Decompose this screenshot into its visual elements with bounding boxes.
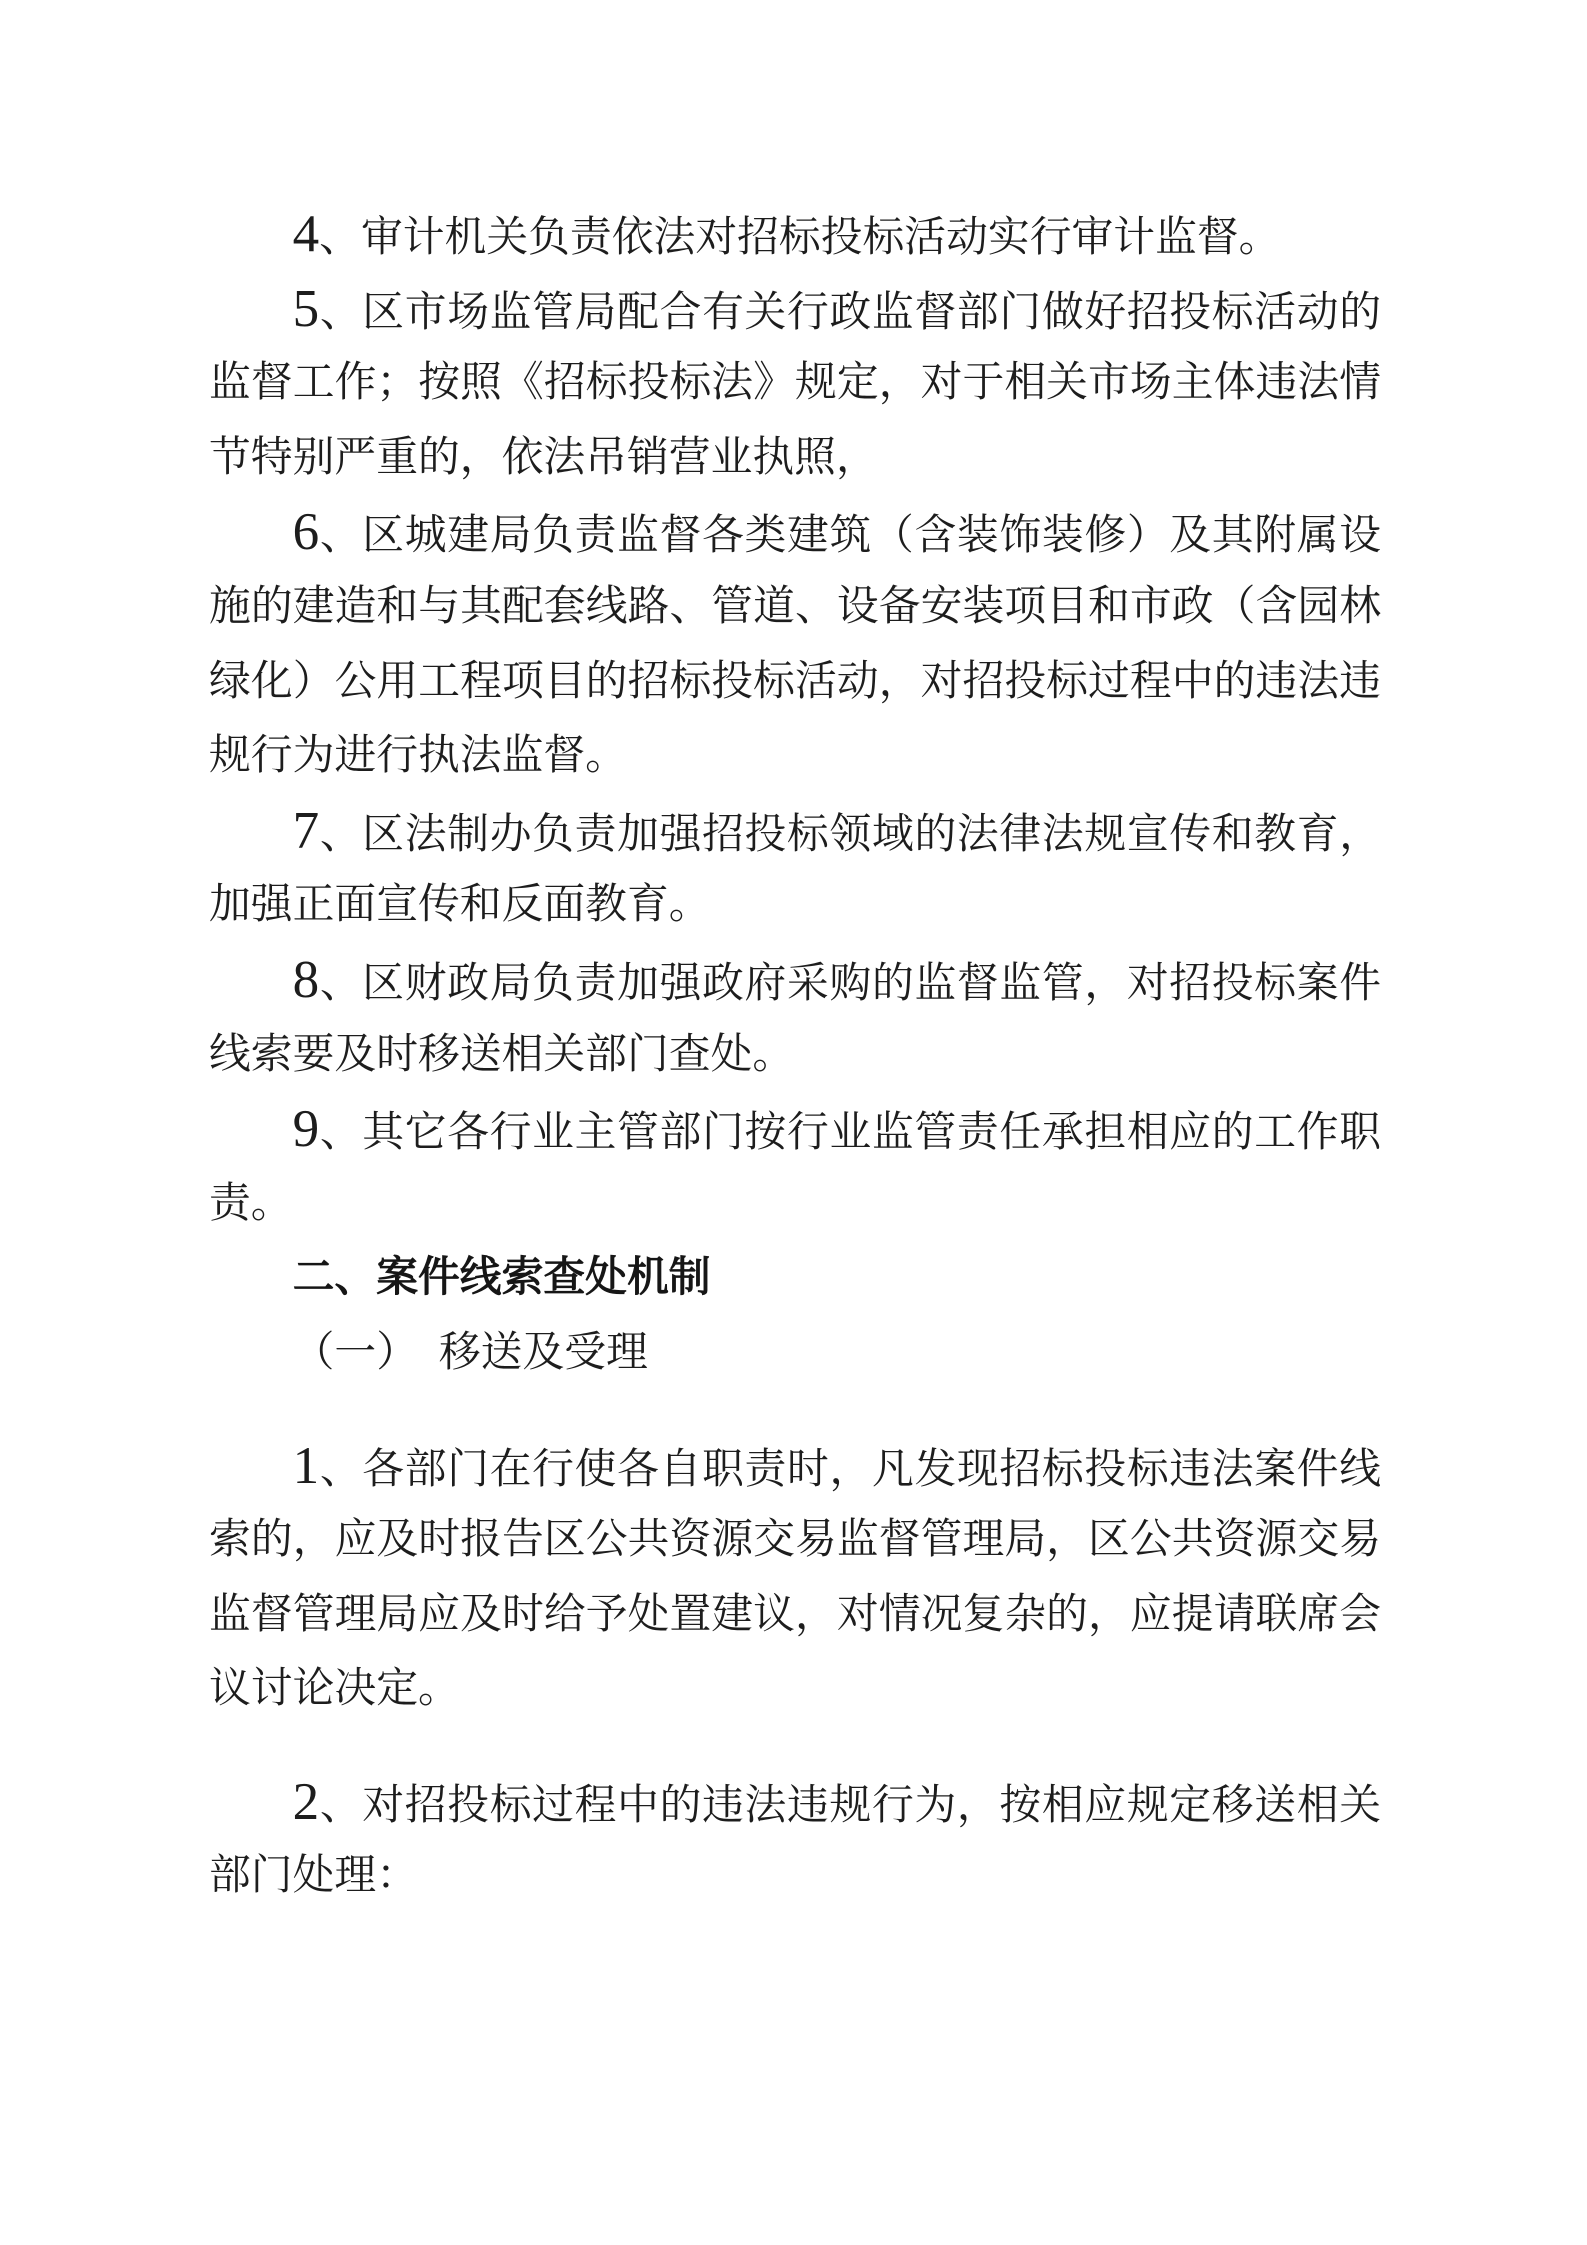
paragraph: 2、对招投标过程中的违法违规行为，按相应规定移送相关部门处理： bbox=[209, 1765, 1381, 1914]
list-number: 1 bbox=[293, 1437, 320, 1495]
list-number: 5 bbox=[293, 280, 320, 338]
text-line: 监督工作；按照《招标投标法》规定，对于相关市场主体违法情 bbox=[209, 346, 1381, 421]
text-line: 4、审计机关负责依法对招标投标活动实行审计监督。 bbox=[209, 197, 1381, 272]
text-line: 7、区法制办负责加强招投标领域的法律法规宣传和教育， bbox=[209, 794, 1381, 869]
text-line: 1、各部门在行使各自职责时，凡发现招标投标违法案件线 bbox=[209, 1429, 1381, 1504]
sub-section-heading: （一） 移送及受理 bbox=[209, 1316, 1381, 1391]
paragraph: 8、区财政局负责加强政府采购的监督监管，对招投标案件线索要及时移送相关部门查处。 bbox=[209, 943, 1381, 1092]
text-line: 节特别严重的，依法吊销营业执照， bbox=[209, 421, 1381, 496]
list-number: 8 bbox=[293, 951, 320, 1009]
document-body: 4、审计机关负责依法对招标投标活动实行审计监督。5、区市场监管局配合有关行政监督… bbox=[209, 197, 1381, 1914]
paragraph: 5、区市场监管局配合有关行政监督部门做好招投标活动的监督工作；按照《招标投标法》… bbox=[209, 272, 1381, 496]
text-line: 规行为进行执法监督。 bbox=[209, 719, 1381, 794]
list-number: 9 bbox=[293, 1100, 320, 1158]
text-line: 5、区市场监管局配合有关行政监督部门做好招投标活动的 bbox=[209, 272, 1381, 347]
section-heading: 二、案件线索查处机制 bbox=[209, 1241, 1381, 1316]
paragraph: 1、各部门在行使各自职责时，凡发现招标投标违法案件线索的，应及时报告区公共资源交… bbox=[209, 1429, 1381, 1727]
paragraph: 4、审计机关负责依法对招标投标活动实行审计监督。 bbox=[209, 197, 1381, 272]
text-line: 线索要及时移送相关部门查处。 bbox=[209, 1018, 1381, 1093]
text-line: （一） 移送及受理 bbox=[209, 1316, 1381, 1391]
text-line: 加强正面宣传和反面教育。 bbox=[209, 868, 1381, 943]
list-number: 2 bbox=[293, 1773, 320, 1831]
paragraph: 9、其它各行业主管部门按行业监管责任承担相应的工作职责。 bbox=[209, 1092, 1381, 1241]
text-line: 索的，应及时报告区公共资源交易监督管理局，区公共资源交易 bbox=[209, 1503, 1381, 1578]
paragraph: 7、区法制办负责加强招投标领域的法律法规宣传和教育，加强正面宣传和反面教育。 bbox=[209, 794, 1381, 943]
document-page: 4、审计机关负责依法对招标投标活动实行审计监督。5、区市场监管局配合有关行政监督… bbox=[0, 0, 1587, 2245]
text-line: 绿化）公用工程项目的招标投标活动，对招投标过程中的违法违 bbox=[209, 645, 1381, 720]
text-line: 二、案件线索查处机制 bbox=[209, 1241, 1381, 1316]
list-number: 6 bbox=[293, 503, 320, 561]
text-line: 2、对招投标过程中的违法违规行为，按相应规定移送相关 bbox=[209, 1765, 1381, 1840]
text-line: 9、其它各行业主管部门按行业监管责任承担相应的工作职 bbox=[209, 1092, 1381, 1167]
text-line: 责。 bbox=[209, 1167, 1381, 1242]
text-line: 监督管理局应及时给予处置建议，对情况复杂的，应提请联席会 bbox=[209, 1578, 1381, 1653]
text-line: 议讨论决定。 bbox=[209, 1652, 1381, 1727]
text-line: 8、区财政局负责加强政府采购的监督监管，对招投标案件 bbox=[209, 943, 1381, 1018]
list-number: 7 bbox=[293, 802, 320, 860]
text-line: 施的建造和与其配套线路、管道、设备安装项目和市政（含园林 bbox=[209, 570, 1381, 645]
paragraph: 6、区城建局负责监督各类建筑（含装饰装修）及其附属设施的建造和与其配套线路、管道… bbox=[209, 495, 1381, 793]
list-number: 4 bbox=[293, 205, 320, 263]
text-line: 6、区城建局负责监督各类建筑（含装饰装修）及其附属设 bbox=[209, 495, 1381, 570]
text-line: 部门处理： bbox=[209, 1839, 1381, 1914]
